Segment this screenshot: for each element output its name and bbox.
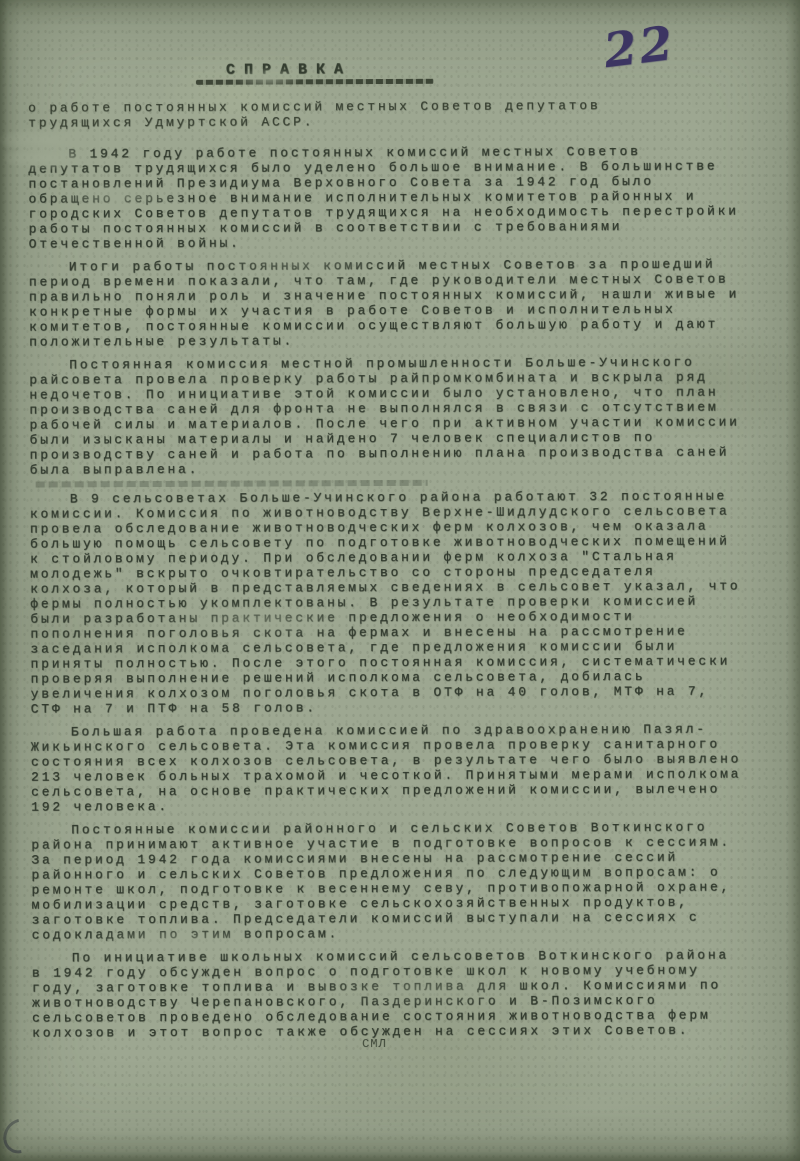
paragraph-votkinsky-sessions: Постоянные комиссии районного и сельских… [31, 819, 744, 942]
title-underline [196, 79, 434, 85]
typewritten-text-block: СПРАВКА о работе постоянных комиссий мес… [28, 60, 744, 1053]
scanned-document-page: 22 СПРАВКА о работе постоянных комиссий … [0, 0, 800, 1161]
paragraph-intro-1942: В 1942 году работе постоянных комиссий м… [28, 143, 740, 251]
margin-pen-mark [0, 1112, 43, 1160]
document-subtitle: о работе постоянных комиссий местных Сов… [28, 97, 740, 130]
overstruck-line [36, 480, 428, 488]
document-title: СПРАВКА [226, 60, 740, 77]
paragraph-results-overview: Итоги работы постоянных комиссий местных… [29, 256, 741, 349]
subtitle-line-2: трудящихся Удмуртской АССР. [28, 112, 740, 130]
paragraph-school-commissions: По инициативе школьных комиссий сельсове… [32, 947, 744, 1040]
paragraph-healthcare-commission: Большая работа проведена комиссией по зд… [31, 721, 743, 814]
paragraph-livestock-commission: В 9 сельсоветах Больше-Учинского района … [30, 488, 743, 716]
document-body: В 1942 году работе постоянных комиссий м… [28, 143, 744, 1053]
paragraph-bolshe-uchinsky-industry: Постоянная комиссия местной промышленнос… [29, 354, 742, 477]
